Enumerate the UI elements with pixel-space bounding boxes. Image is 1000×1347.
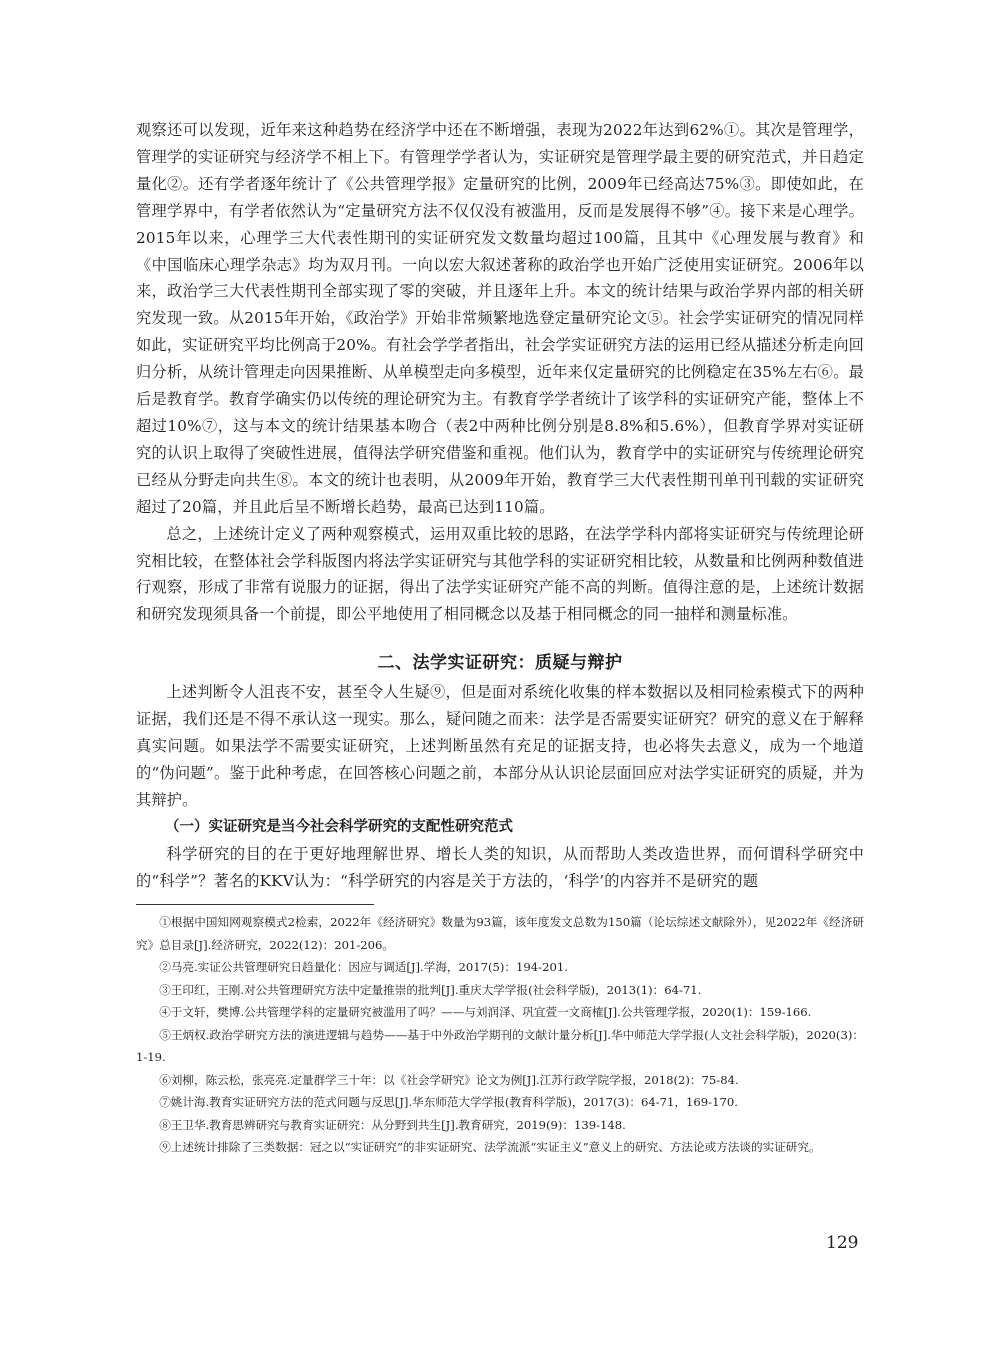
body-text: 观察还可以发现，近年来这种趋势在经济学中还在不断增强，表现为2022年达到62%… bbox=[136, 117, 864, 628]
footnote: ②马亮.实证公共管理研究日趋量化：因应与调适[J].学海，2017(5)：194… bbox=[136, 956, 864, 979]
footnote: ⑧王卫华.教育思辨研究与教育实证研究：从分野到共生[J].教育研究，2019(9… bbox=[136, 1114, 864, 1137]
paragraph: 总之，上述统计定义了两种观察模式，运用双重比较的思路，在法学学科内部将实证研究与… bbox=[136, 521, 864, 629]
section-body: 上述判断令人沮丧不安，甚至令人生疑⑨，但是面对系统化收集的样本数据以及相同检索模… bbox=[136, 679, 864, 894]
footnote: ④于文轩，樊博.公共管理学科的定量研究被滥用了吗？——与刘润泽、巩宜萱一文商榷[… bbox=[136, 1001, 864, 1024]
footnote: ⑤王炳权.政治学研究方法的演进逻辑与趋势——基于中外政治学期刊的文献计量分析[J… bbox=[136, 1024, 864, 1069]
paragraph: 上述判断令人沮丧不安，甚至令人生疑⑨，但是面对系统化收集的样本数据以及相同检索模… bbox=[136, 679, 864, 814]
subsection-title: （一）实证研究是当今社会科学研究的支配性研究范式 bbox=[136, 814, 864, 841]
paragraph: 科学研究的目的在于更好地理解世界、增长人类的知识，从而帮助人类改造世界，而何谓科… bbox=[136, 841, 864, 895]
footnote-divider bbox=[136, 904, 374, 905]
section-title: 二、法学实证研究：质疑与辩护 bbox=[136, 648, 864, 673]
paragraph: 观察还可以发现，近年来这种趋势在经济学中还在不断增强，表现为2022年达到62%… bbox=[136, 117, 864, 521]
footnote: ⑥刘柳，陈云松，张亮亮.定量群学三十年：以《社会学研究》论文为例[J].江苏行政… bbox=[136, 1069, 864, 1092]
footnotes: ①根据中国知网观察模式2检索，2022年《经济研究》数量为93篇，该年度发文总数… bbox=[136, 911, 864, 1159]
page-number: 129 bbox=[826, 1233, 858, 1253]
page-content: 观察还可以发现，近年来这种趋势在经济学中还在不断增强，表现为2022年达到62%… bbox=[136, 117, 864, 1159]
footnote: ③王印红，王刚.对公共管理研究方法中定量推崇的批判[J].重庆大学学报(社会科学… bbox=[136, 979, 864, 1002]
footnote: ⑦姚计海.教育实证研究方法的范式问题与反思[J].华东师范大学学报(教育科学版)… bbox=[136, 1091, 864, 1114]
footnote: ①根据中国知网观察模式2检索，2022年《经济研究》数量为93篇，该年度发文总数… bbox=[136, 911, 864, 956]
footnote: ⑨上述统计排除了三类数据：冠之以“实证研究”的非实证研究、法学流派“实证主义”意… bbox=[136, 1136, 864, 1159]
